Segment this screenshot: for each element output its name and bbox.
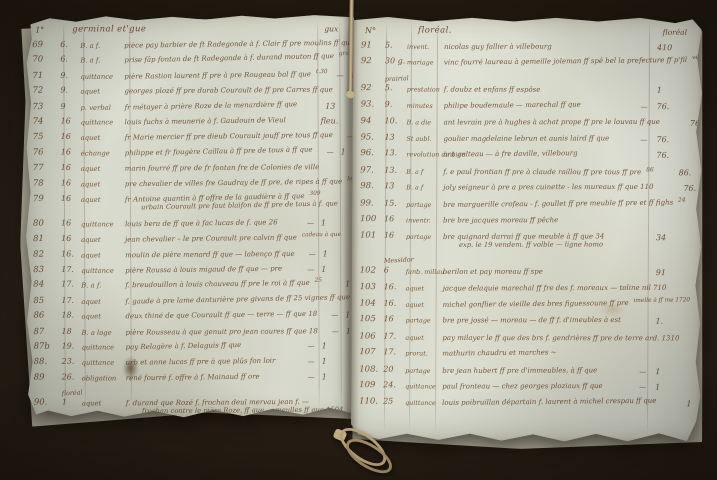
entry-number: 110. (351, 397, 383, 407)
entry-dash (299, 387, 315, 389)
entry-day: 13 (384, 181, 406, 190)
entry-amount: 76. (647, 134, 702, 144)
entry-text: ant levrain pre à hughes à achat prope f… (444, 115, 665, 126)
entry-day: 9. (60, 71, 80, 80)
entry-act-type: aquet (405, 332, 442, 342)
entry-day: 25 (383, 397, 405, 406)
entry-day: 16 (61, 163, 81, 172)
entry-day: 16 (61, 132, 81, 141)
entry-amount: 1 (648, 84, 703, 94)
entry-text-main: bre jean hubert ff pre d'immeubles, à ff… (442, 366, 597, 375)
entry-dash (632, 75, 648, 77)
entry-text-line1: louis poibruillan départain f. laurent à… (442, 397, 661, 407)
entry-text: berilon et pay moreau ff spe (443, 266, 631, 277)
entry-number: 97. (352, 165, 384, 175)
entry-day: 16 (384, 214, 406, 223)
entry-dash (658, 183, 674, 185)
entry-amount: fleu. (314, 115, 355, 125)
entry-day: 16 (384, 315, 406, 324)
entry-act-type: échange (81, 147, 125, 157)
entry-text-line1: georges plozé ff pre durab Courault de f… (124, 86, 337, 96)
entry-text: urb et anne lucas ff pre à que plûs fon … (126, 355, 299, 367)
entry-dash (631, 257, 647, 259)
entry-text: mathurin chaudru et marches ~ (442, 346, 630, 358)
entry-text-line1 (444, 75, 632, 84)
entry-act-type: aquet (81, 178, 125, 188)
header-number: 1° (35, 25, 44, 34)
entry-act-type: fanb. millau (406, 266, 443, 276)
entry-text-main: vinc fourré laureau à gemeille joleman f… (444, 56, 687, 67)
entry-amount: 76. (647, 150, 702, 160)
entry-act-type: aquet (81, 249, 125, 259)
entry-act-type: revolution de bien (406, 149, 443, 159)
entry-act-type: aquet (81, 296, 125, 306)
entry-text-super: cadeau à que (302, 232, 341, 239)
entry-text-main: bre marguerille crofeau - f. goullet ff … (443, 198, 673, 208)
entry-dash (630, 349, 646, 351)
entry-number: 92 (353, 56, 385, 66)
entry-dash (322, 279, 338, 281)
entry-act-type: aquet (81, 194, 125, 204)
entry-text-main: pière Rousseau à que genuit pro jean cau… (125, 327, 317, 337)
entry-text: pièce pay barbier de ft Radegonde à f. C… (124, 37, 359, 50)
entry-amount: 1 (314, 264, 355, 274)
entry-text-main: prise fâp fontan de ft Radegonde à f. du… (124, 52, 334, 64)
entry-dash: — (298, 264, 314, 274)
entry-text-main: paul fronteau — chez georges ploziaux ff… (442, 382, 603, 391)
entry-text-main: michel gonflier de vieille des bres figu… (443, 299, 629, 309)
entry-text-main: urb et anne lucas ff pre à que plûs fon … (126, 357, 276, 367)
entry-text-line1: jacque delaquie marechal ff fre des f. m… (443, 283, 672, 292)
entry-text-line1: bre jean hubert ff pre d'immeubles, à ff… (442, 366, 630, 375)
entry-amount: 1. (646, 316, 701, 326)
entry-text-line1: deux thiné de que Courault ff que — terr… (125, 310, 322, 321)
entry-day: 17. (61, 265, 81, 274)
entry-day: 1 (62, 398, 82, 407)
header-right-note: floréal (663, 27, 687, 36)
entry-text-main: berilon et pay moreau ff spe (443, 268, 543, 276)
entry-number: 77 (24, 163, 61, 173)
register-row: 86 18. aquet deux thiné de que Courault … (24, 310, 355, 327)
entry-number: 96. (352, 148, 384, 158)
entry-text-line1: pière Roussa à louis migaud de ff que — … (125, 264, 298, 274)
entry-dash: — (630, 382, 646, 392)
entry-act-type: aquet (81, 163, 125, 173)
entry-text-main: mathurin chaudru et marches ~ (442, 349, 556, 358)
entry-act-type: B. a f (406, 181, 443, 191)
entry-act-type: quittance (82, 357, 126, 367)
right-page-header: N° floréal. floréal (353, 15, 703, 42)
entry-act-type: invent. (407, 41, 444, 51)
entry-day: 24. (383, 380, 405, 389)
entry-number: 101 (352, 231, 384, 241)
entry-text-line1: mathurin chaudru et marches ~ (442, 348, 630, 358)
entry-day: 23. (62, 357, 82, 366)
entry-day: 17. (61, 280, 81, 289)
entry-number: 90. (25, 398, 62, 408)
entry-dash: — (299, 356, 315, 366)
entry-amount (648, 75, 703, 76)
entry-act-type: quittance (405, 380, 442, 390)
entry-text-main: joly seigneur à pre a pres cuinette - le… (443, 183, 653, 192)
entry-number: 106 (351, 331, 383, 341)
register-row: 105 16 partage bre pre jossé — moreau — … (351, 315, 701, 333)
entry-text: ant gelteau — à fre daville, villebourg (443, 147, 631, 159)
entry-dash (661, 399, 677, 401)
entry-act-type: prestation (407, 83, 444, 93)
header-number: N° (365, 26, 376, 35)
entry-day: 13. (384, 165, 406, 174)
header-month: floréal. (418, 25, 452, 35)
entry-amount: 1 (315, 371, 356, 381)
entry-number: 76 (24, 147, 61, 157)
entry-number: 95. (352, 132, 384, 142)
entry-text: bre bre jacques moreau ff pêche (443, 214, 631, 225)
entry-text-main: pièce pay barbier de ft Radegonde à f. C… (124, 39, 354, 50)
entry-act-type: partage (406, 198, 443, 208)
entry-amount: 76. (648, 101, 703, 111)
entry-number: 105 (351, 315, 383, 325)
entry-amount: 410 (648, 42, 703, 52)
entry-text: louis bera de ff que à fac lucas de f. q… (125, 216, 298, 228)
entry-text-line1: prise fâp fontan de ft Radegonde à f. du… (124, 52, 351, 65)
entry-day: 16. (61, 249, 81, 258)
entry-day: 10. (385, 116, 407, 125)
entry-amount: 76. (674, 183, 717, 193)
entry-text: nicolas guy fallier à villebourg (444, 40, 632, 51)
entry-amount: 1 (706, 300, 717, 310)
entry-amount (315, 387, 356, 388)
entry-number: 78 (24, 178, 61, 188)
left-page: 1° germinal et'gue gux 69 6. B. a f. piè… (24, 14, 355, 418)
entry-text-line1: pièce pay barbier de ft Radegonde à f. C… (124, 39, 359, 50)
entry-day: 17. (61, 296, 81, 305)
entry-day: 9. (385, 100, 407, 109)
entry-amount (646, 349, 701, 350)
left-page-header: 1° germinal et'gue gux (23, 13, 354, 39)
register-row: 72 9. aquet georges plozé ff pre durab C… (23, 84, 354, 101)
entry-amount: 1 (646, 366, 701, 376)
entry-text: philipe boudemaule — marechal ff que (444, 98, 632, 110)
entry-text-super: 309 (309, 191, 320, 197)
entry-number: 80 (24, 218, 61, 228)
register-row: 96. 13. revolution de bien ant gelteau —… (352, 148, 702, 166)
entry-number: 71 (23, 71, 60, 81)
entry-text-line1: marin fourré ff pre de fr fontan fre de … (125, 163, 325, 173)
entry-text-line1: vinc fourré laureau à gemeille joleman f… (444, 56, 717, 67)
entry-number: 87b (25, 342, 62, 352)
entry-day: 5. (385, 83, 407, 92)
entry-text-main: pière Roussa à louis migaud de ff que — … (125, 265, 282, 275)
entry-text-main: pière Rastion laurent ff pre à pre Rouge… (124, 70, 311, 80)
entry-text-line1: goulier magdelaine lebrun et aunis laird… (443, 134, 631, 143)
entry-act-type: aquet (81, 132, 125, 142)
register-row: 107 17. prorat. mathurin chaudru et marc… (351, 347, 701, 365)
entry-text-line1: fr métayer à prière Roze de la menardièr… (124, 100, 302, 112)
entry-act-type: quittance (81, 265, 125, 275)
entry-act-type: B. a f. (80, 55, 124, 65)
entry-number: 99. (352, 198, 384, 208)
entry-text: f. durand que Rozé f. frochan deul merva… (126, 396, 344, 416)
entry-number: 69 (23, 40, 60, 50)
entry-text-line1: f. e paul frontian ff pre à claude raill… (443, 168, 653, 176)
entry-text: michel gonflier de vieille des bres figu… (443, 296, 691, 309)
entry-amount: 34 (647, 232, 702, 242)
entry-number: 104 (352, 299, 384, 309)
entry-text-main: bre pre jossé — moreau — de ff f. d'imeu… (443, 316, 621, 325)
entry-text-main: bre bre jacques moreau ff pêche (443, 216, 558, 224)
entry-text-main: fr Marie mercier ff pre dieub Courault j… (125, 131, 333, 142)
entry-text: louis poibruillan départain f. laurent à… (442, 395, 661, 407)
entry-dash (631, 215, 647, 217)
entry-day: 19. (62, 342, 82, 351)
entry-act-type: obligation (82, 372, 126, 382)
entry-text: fr Antoine quantin à ff offre de la gaud… (125, 189, 338, 211)
entry-text: pière Rousseau à que genuit pro jean cau… (125, 325, 322, 337)
entry-day: 16 (61, 178, 81, 187)
entry-dash (654, 167, 670, 169)
entry-text-main: moulin de pière menard ff que — labenço … (125, 250, 295, 259)
entry-dash (631, 267, 647, 269)
entry-day: 30 g. (385, 57, 407, 66)
entry-text: fr Marie mercier ff pre dieub Courault j… (125, 129, 338, 142)
entry-dash (632, 84, 648, 86)
entry-number: 89 (25, 372, 62, 382)
entry-day: 16 (61, 147, 81, 156)
entry-text-line2: frochan contre le pière Roze, ff que — m… (126, 406, 343, 416)
entry-number: 100 (352, 214, 384, 224)
entry-number: 85 (24, 296, 61, 306)
entry-text-line1: nicolas guy fallier à villebourg (444, 42, 632, 51)
entry-text-super: 24 (678, 197, 685, 203)
entry-text: jacque delaquie marechal ff fre des f. m… (443, 281, 672, 292)
entry-dash (690, 300, 706, 302)
entry-act-type: partage (405, 315, 442, 325)
entry-text-super: 25 (315, 278, 322, 284)
entry-act-type: partage (406, 231, 443, 241)
entry-text-main: jacque delaquie marechal ff fre des f. m… (443, 283, 667, 292)
entry-text: f. doubz et enfans ff espôse (444, 83, 632, 93)
right-page: N° floréal. floréal 91 5. invent. nicola… (352, 16, 702, 442)
entry-text-main: f. doubz et enfans ff espôse (444, 85, 541, 93)
entry-text-line1: moulin de pière menard ff que — labenço … (125, 250, 300, 259)
entry-text-super: t.30 (316, 69, 328, 75)
entry-number: 73 (23, 102, 60, 112)
entry-text-main: louis fuchs à meunerie à f. Gaudouin de … (125, 116, 286, 126)
entry-act-type: B. a f (406, 166, 443, 176)
entry-text: georges plozé ff pre durab Courault de f… (124, 84, 337, 96)
entry-text: deux thiné de que Courault ff que — terr… (125, 308, 322, 321)
entry-amount: 1 (314, 217, 355, 227)
entry-text: goulier magdelaine lebrun et aunis laird… (443, 132, 631, 143)
entry-text-line1: bre pre jossé — moreau — de ff f. d'imeu… (443, 316, 631, 325)
entry-number: 109 (351, 380, 383, 390)
entry-text: moulin de pière menard ff que — labenço … (125, 248, 300, 259)
entry-text-main: deux thiné de que Courault ff que — terr… (125, 310, 317, 321)
entry-text: rené fourré f. offre à f. Mainaud ff ore (126, 370, 299, 382)
entry-day: 16 (61, 116, 81, 125)
entry-dash (632, 42, 648, 44)
entry-dash: — (318, 146, 334, 156)
entry-text-main: pay Relagère à f. Delaguis ff que (126, 341, 242, 351)
register-row: 92 30 g. mariage vinc fourré laureau à g… (353, 56, 703, 74)
entry-act-type: minutes (407, 100, 444, 110)
entry-text-line2: exp. le 19 vendem. ff volble — ligne hom… (443, 241, 631, 250)
entry-text-main: philipe boudemaule — marechal ff que (444, 101, 581, 110)
entry-day: 15. (384, 198, 406, 207)
entry-dash: — (299, 371, 315, 381)
entry-day: 6. (60, 55, 80, 64)
entry-text: marin fourré ff pre de fr fontan fre de … (125, 161, 325, 173)
register-row: 101 16 partage bre quignard darrai ff qu… (352, 231, 702, 258)
entry-number: 93. (353, 100, 385, 110)
entry-day: 16. (384, 299, 406, 308)
entry-text-main: rené fourré f. offre à f. Mainaud ff ore (126, 372, 260, 382)
entry-amount (647, 216, 702, 217)
entry-number: 70 (23, 55, 60, 65)
entry-text-line1: pière Rousseau à que genuit pro jean cau… (125, 327, 322, 337)
entry-number: 84 (24, 280, 61, 290)
entry-amount: 84 (702, 200, 717, 210)
entry-text-line1: pay milayer le ff que des brs f. gendriè… (442, 334, 684, 342)
entry-number: 94 (353, 116, 385, 126)
binding-string-loop (334, 432, 398, 480)
entry-act-type: B. a loge (81, 326, 125, 336)
entry-act-type: quittance (81, 218, 125, 228)
entry-text-line1: jean chevalier – le pre Courault pre cal… (125, 233, 341, 244)
entry-text-main: louis bera de ff que à fac lucas de f. q… (125, 218, 278, 228)
register-row: 82 16. aquet moulin de pière menard ff q… (24, 248, 355, 265)
entry-text: bre quignard darrai ff que meuble à ff q… (443, 231, 631, 250)
entry-act-type: aquet (81, 234, 125, 244)
entry-day: 6 (384, 266, 406, 275)
entry-amount: 1 (677, 399, 717, 409)
entry-text-super: 86 (646, 167, 653, 173)
left-register-rows: 69 6. B. a f. pièce pay barbier de ft Ra… (23, 38, 356, 423)
entry-text-main: louis poibruillan départain f. laurent à… (442, 397, 656, 407)
entry-day: 26. (62, 372, 82, 381)
right-register-rows: 91 5. invent. nicolas guy fallier à vill… (351, 40, 703, 415)
entry-number: 83 (24, 265, 61, 275)
entry-number: 92 (353, 83, 385, 93)
entry-act-type: partage (405, 364, 442, 374)
entry-text-main: ant gelteau — à fre daville, villebourg (443, 150, 577, 159)
entry-text-line1: michel gonflier de vieille des bres figu… (443, 298, 691, 309)
entry-text (444, 73, 632, 84)
entry-number: 87 (24, 327, 61, 337)
entry-act-type: aquet (82, 397, 126, 407)
entry-act-type: B. a f. (80, 40, 124, 50)
entry-dash: — (328, 70, 344, 80)
entry-act-type: St aubl. (406, 133, 443, 143)
entry-text: bre marguerille crofeau - f. goullet ff … (443, 196, 686, 209)
entry-dash (298, 115, 314, 117)
entry-act-type (82, 388, 126, 390)
entry-text-main: georges plozé ff pre durab Courault de f… (124, 86, 332, 96)
entry-amount: 1 (315, 356, 356, 366)
entry-day: 16 (61, 218, 81, 227)
left-page-paper: 1° germinal et'gue gux 69 6. B. a f. piè… (23, 13, 356, 418)
entry-number: 82 (24, 249, 61, 259)
entry-day: 5. (385, 41, 407, 50)
entry-text-line1: bre marguerille crofeau - f. goullet ff … (443, 198, 685, 209)
entry-text: paul fronteau — chez georges ploziaux ff… (442, 380, 630, 391)
right-page-paper: N° floréal. floréal 91 5. invent. nicola… (351, 15, 703, 443)
entry-text: louis fuchs à meunerie à f. Gaudouin de … (125, 114, 298, 126)
entry-dash: — (300, 248, 316, 258)
entry-dash (631, 316, 647, 318)
entry-text: pière Rastion laurent ff pre à pre Rouge… (124, 68, 327, 81)
entry-dash: — (630, 366, 646, 376)
entry-day: 18 (61, 327, 81, 336)
entry-day: floréal (62, 389, 82, 398)
entry-day: 16. (384, 282, 406, 291)
entry-dash (302, 100, 318, 102)
entry-amount: 91 (647, 267, 702, 277)
entry-text: pay milayer le ff que des brs f. gendriè… (442, 332, 684, 342)
entry-number: 103 (352, 282, 384, 292)
entry-text-main: f. gaude à pre lame danturière pre givan… (125, 293, 350, 306)
entry-dash (631, 150, 647, 152)
entry-dash (324, 162, 340, 164)
register-row: 94 10. B. a die ant levrain pre à hughes… (353, 116, 703, 134)
entry-number: 98. (352, 181, 384, 191)
entry-dash (665, 117, 681, 119)
entry-act-type: mariage (407, 57, 444, 67)
entry-amount: 1 (315, 340, 356, 350)
entry-day: 16 (61, 194, 81, 203)
entry-day: 6. (60, 40, 80, 49)
entry-day: 17. (383, 347, 405, 356)
entry-text-line1: paul fronteau — chez georges ploziaux ff… (442, 382, 630, 391)
entry-number: 75 (24, 132, 61, 142)
entry-act-type: B. a die (407, 116, 444, 126)
entry-act-type: quittance (80, 70, 124, 80)
entry-text-line1: urb et anne lucas ff pre à que plûs fon … (126, 357, 299, 367)
entry-text-line1: louis fuchs à meunerie à f. Gaudouin de … (125, 116, 298, 126)
entry-act-type: aquet (81, 311, 125, 321)
entry-text-line1: philippe et fr fougère Caillau à ff pre … (125, 145, 318, 157)
entry-act-type: inventr. (406, 214, 443, 224)
entry-act-type: p. verbal (80, 101, 124, 111)
entry-number: 86 (24, 311, 61, 321)
entry-number: 72 (23, 86, 60, 96)
entry-text-main: goulier magdelaine lebrun et aunis laird… (443, 134, 609, 143)
entry-dash (671, 283, 687, 285)
entry-text-line1: f. breudouillon à louis chauveau ff pre … (125, 279, 322, 290)
entry-day: 13. (384, 149, 406, 158)
entry-act-type: quittance (82, 341, 126, 351)
header-right-note: gux (324, 24, 338, 33)
entry-number: 91 (353, 40, 385, 50)
entry-day: Messidor (384, 256, 406, 265)
entry-text-line1: louis bera de ff que à fac lucas de f. q… (125, 218, 298, 228)
entry-day: 18. (61, 311, 81, 320)
entry-day: 20 (383, 364, 405, 373)
entry-text-main: philippe et fr fougère Caillau à ff pre … (125, 145, 313, 157)
entry-text-main: pre chevalier de villes fre Gaudray de f… (125, 177, 342, 188)
entry-dash: — (322, 310, 338, 320)
entry-amount: 1 (316, 248, 357, 258)
entry-act-type: B. a f. (81, 280, 125, 290)
entry-text-main: f. e paul frontian ff pre à claude raill… (443, 168, 641, 176)
entry-text-line1: ant gelteau — à fre daville, villebourg (443, 149, 631, 159)
entry-number: 102 (352, 266, 384, 276)
entry-dash (686, 200, 702, 202)
entry-day: 9 (60, 101, 80, 110)
entry-text-super: véral prairial (692, 55, 717, 61)
entry-text: f. breudouillon à louis chauveau ff pre … (125, 277, 322, 290)
